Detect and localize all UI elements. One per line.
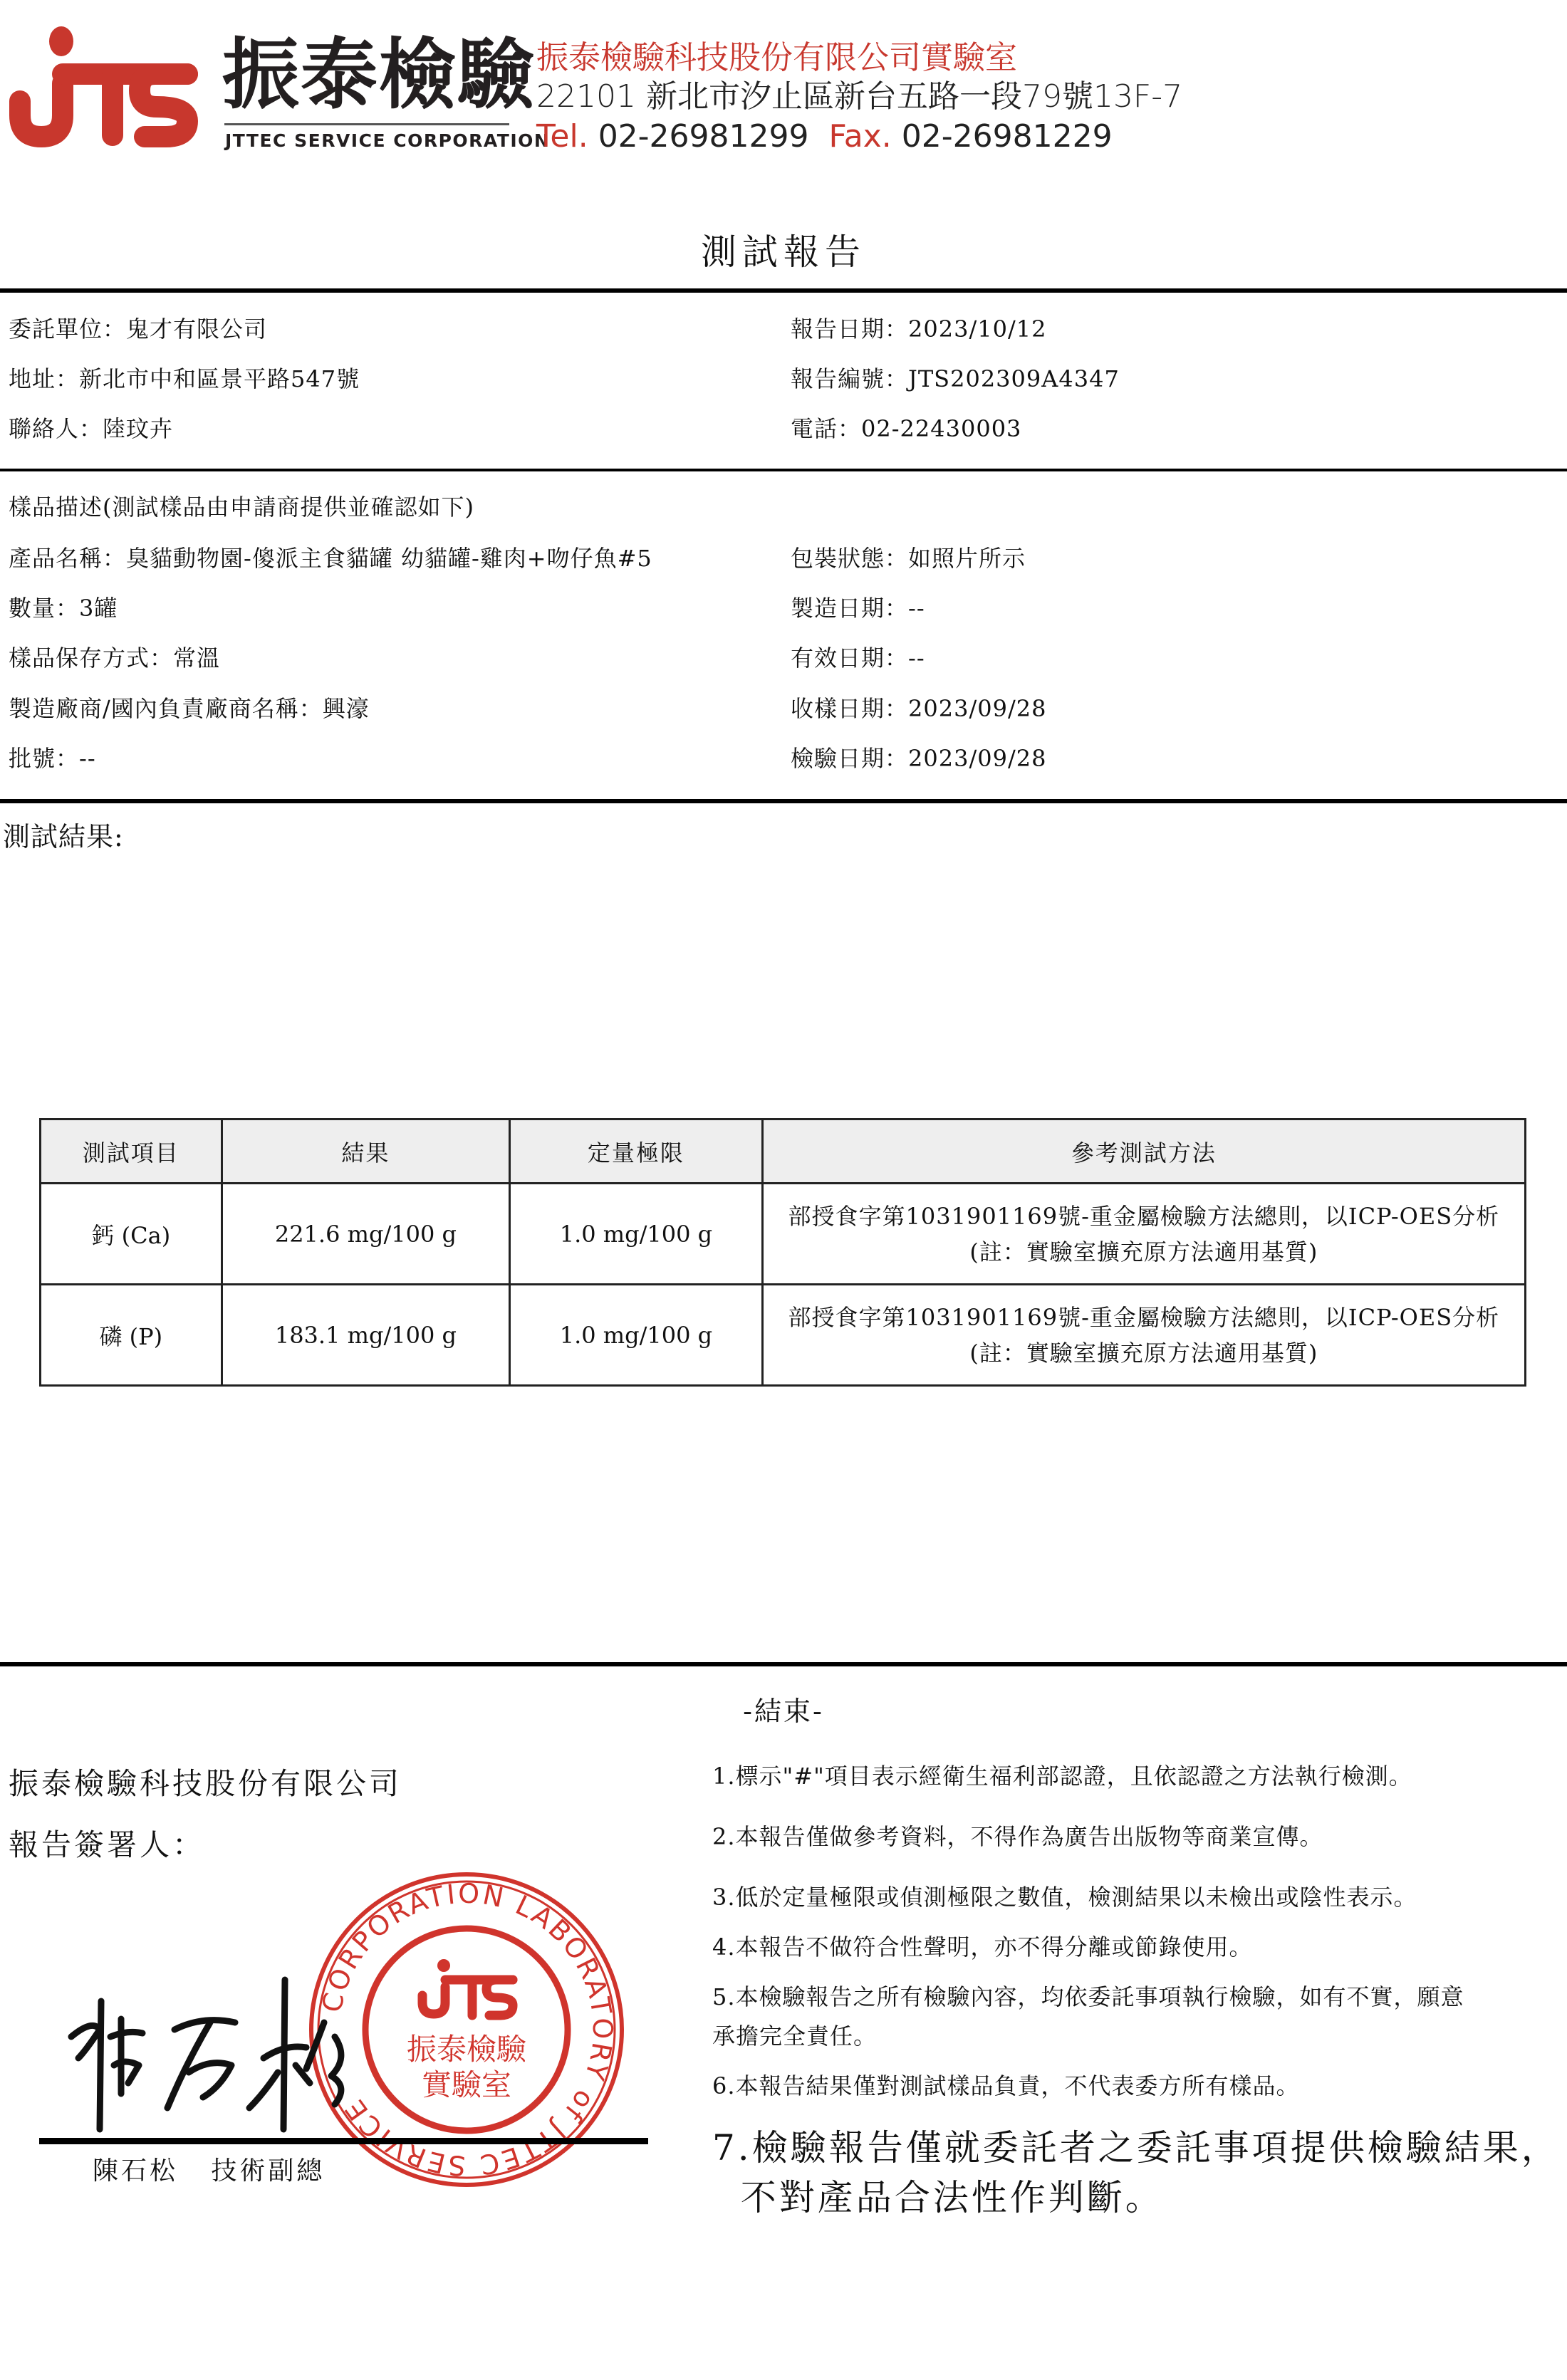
fax-label: Fax. (829, 118, 892, 155)
sample-heading: 樣品描述(測試樣品由申請商提供並確認如下) (9, 496, 474, 518)
signature-line (39, 2138, 648, 2144)
column-header: 定量極限 (510, 1119, 763, 1184)
divider (0, 288, 1567, 293)
note-item: 5.本檢驗報告之所有檢驗內容，均依委託事項執行檢驗，如有不實，願意 (712, 1979, 1464, 2012)
report-date: 報告日期：2023/10/12 (791, 318, 1046, 340)
fax-number: 02-26981229 (902, 118, 1113, 155)
table-row: 磷 (P) 183.1 mg/100 g 1.0 mg/100 g 部授食字第1… (41, 1285, 1526, 1386)
packaging-status: 包裝狀態：如照片所示 (791, 547, 1026, 570)
test-result: 221.6 mg/100 g (222, 1184, 509, 1285)
divider (0, 799, 1567, 803)
expiry-date: 有效日期：-- (791, 647, 925, 669)
results-heading: 測試結果: (3, 823, 124, 850)
note-item: 3.低於定量極限或偵測極限之數值，檢測結果以未檢出或陰性表示。 (712, 1879, 1417, 1912)
sample-quantity: 數量：3罐 (9, 597, 118, 620)
test-result: 183.1 mg/100 g (222, 1285, 509, 1386)
handwritten-signature-icon (50, 1951, 385, 2136)
lab-contact: Tel. 02-26981299 Fax. 02-26981229 (536, 121, 1113, 152)
client-address: 地址：新北市中和區景平路547號 (9, 367, 360, 390)
column-header: 參考測試方法 (762, 1119, 1525, 1184)
entrusting-unit: 委託單位：鬼才有限公司 (9, 318, 267, 340)
product-name: 產品名稱：臭貓動物園-傻派主食貓罐 幼貓罐-雞肉+吻仔魚#5 (9, 547, 652, 570)
note-item-continued: 承擔完全責任。 (712, 2018, 877, 2051)
divider (0, 1662, 1567, 1666)
logo-chinese-name: 振泰檢驗 (222, 37, 536, 114)
test-method: 部授食字第1031901169號-重金屬檢驗方法總則，以ICP-OES分析 (註… (762, 1285, 1525, 1386)
limit-of-quantitation: 1.0 mg/100 g (510, 1285, 763, 1386)
stamp-line1: 振泰檢驗 (407, 2032, 527, 2067)
method-note: (註：實驗室擴充原方法適用基質) (771, 1234, 1517, 1270)
column-header: 測試項目 (41, 1119, 222, 1184)
jts-logo-icon (6, 16, 212, 151)
test-item: 鈣 (Ca) (41, 1184, 222, 1285)
test-date: 檢驗日期：2023/09/28 (791, 747, 1046, 770)
method-line: 部授食字第1031901169號-重金屬檢驗方法總則，以ICP-OES分析 (771, 1199, 1517, 1234)
received-date: 收樣日期：2023/09/28 (791, 697, 1046, 720)
report-number: 報告編號：JTS202309A4347 (791, 367, 1120, 390)
issuing-company: 振泰檢驗科技股份有限公司 (9, 1760, 402, 1803)
batch-number: 批號：-- (9, 747, 96, 770)
note-item-continued: 不對產品合法性作判斷。 (712, 2169, 1164, 2220)
lab-name: 振泰檢驗科技股份有限公司實驗室 (536, 41, 1017, 73)
manufacturer: 製造廠商/國內負責廠商名稱：興濠 (9, 697, 370, 720)
logo-english-name: JTTEC SERVICE CORPORATION (225, 130, 550, 151)
table-row: 鈣 (Ca) 221.6 mg/100 g 1.0 mg/100 g 部授食字第… (41, 1184, 1526, 1285)
contact-person: 聯絡人：陸玟卉 (9, 417, 173, 440)
tel-number: 02-26981299 (598, 118, 809, 155)
note-item: 6.本報告結果僅對測試樣品負責，不代表委方所有樣品。 (712, 2068, 1300, 2101)
table-header-row: 測試項目 結果 定量極限 參考測試方法 (41, 1119, 1526, 1184)
note-item: 1.標示"#"項目表示經衛生福利部認證，且依認證之方法執行檢測。 (712, 1758, 1412, 1791)
signer-name-title: 陳石松 技術副總 (93, 2151, 325, 2187)
note-item: 2.本報告僅做參考資料，不得作為廣告出版物等商業宣傳。 (712, 1819, 1323, 1852)
divider (0, 469, 1567, 471)
method-line: 部授食字第1031901169號-重金屬檢驗方法總則，以ICP-OES分析 (771, 1300, 1517, 1335)
method-note: (註：實驗室擴充原方法適用基質) (771, 1335, 1517, 1371)
client-phone: 電話：02-22430003 (791, 417, 1021, 440)
test-method: 部授食字第1031901169號-重金屬檢驗方法總則，以ICP-OES分析 (註… (762, 1184, 1525, 1285)
stamp-line2: 實驗室 (422, 2067, 511, 2102)
note-item: 4.本報告不做符合性聲明，亦不得分離或節錄使用。 (712, 1929, 1253, 1962)
storage-method: 樣品保存方式：常溫 (9, 647, 220, 669)
page-title: 測試報告 (0, 224, 1567, 275)
signatory-label: 報告簽署人： (9, 1822, 205, 1864)
test-item: 磷 (P) (41, 1285, 222, 1386)
results-table: 測試項目 結果 定量極限 參考測試方法 鈣 (Ca) 221.6 mg/100 … (39, 1118, 1526, 1387)
end-mark: -結束- (0, 1689, 1567, 1728)
column-header: 結果 (222, 1119, 509, 1184)
manufacture-date: 製造日期：-- (791, 597, 925, 620)
limit-of-quantitation: 1.0 mg/100 g (510, 1184, 763, 1285)
tel-label: Tel. (536, 118, 588, 155)
lab-address: 22101 新北市汐止區新台五路一段79號13F-7 (536, 81, 1182, 113)
logo-divider (224, 123, 509, 125)
note-item: 7.檢驗報告僅就委託者之委託事項提供檢驗結果， (712, 2119, 1560, 2171)
